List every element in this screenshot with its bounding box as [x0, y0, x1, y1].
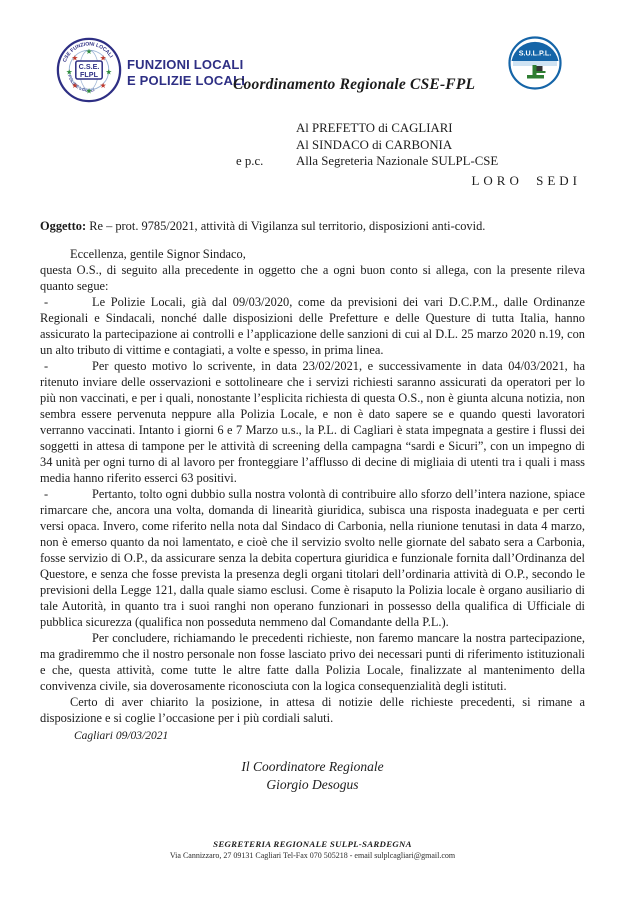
- footer-address: Via Cannizzaro, 27 09131 Cagliari Tel-Fa…: [0, 851, 625, 860]
- intro-paragraph: questa O.S., di seguito alla precedente …: [40, 262, 585, 294]
- svg-text:★: ★: [100, 81, 107, 90]
- svg-text:★: ★: [66, 68, 73, 77]
- bullet-paragraph-3: -Pertanto, tolto ogni dubbio sulla nostr…: [40, 486, 585, 630]
- cse-tagline: FUNZIONI LOCALI E POLIZIE LOCALI: [127, 57, 245, 89]
- letter-body: Al PREFETTO di CAGLIARI Al SINDACO di CA…: [40, 120, 585, 794]
- signature-role: Il Coordinatore Regionale: [40, 758, 585, 776]
- cc-row: e p.c. Alla Segreteria Nazionale SULPL-C…: [236, 153, 585, 170]
- signature-block: Il Coordinatore Regionale Giorgio Desogu…: [40, 758, 585, 794]
- cse-tagline-line1: FUNZIONI LOCALI: [127, 57, 245, 73]
- dash-marker: -: [44, 486, 48, 502]
- sulpl-logo-icon: S.U.L.P.L.: [507, 35, 563, 91]
- cc-recipient: Alla Segreteria Nazionale SULPL-CSE: [296, 153, 498, 170]
- cc-label: e p.c.: [236, 153, 296, 170]
- loro-sedi: LORO SEDI: [236, 173, 585, 190]
- svg-text:★: ★: [86, 47, 93, 56]
- bullet-paragraph-2-text: Per questo motivo lo scrivente, in data …: [40, 359, 585, 485]
- footer-org: SEGRETERIA REGIONALE SULPL-SARDEGNA: [0, 839, 625, 849]
- dash-marker: -: [44, 358, 48, 374]
- salutation: Eccellenza, gentile Signor Sindaco,: [40, 246, 585, 262]
- bullet-paragraph-2: -Per questo motivo lo scrivente, in data…: [40, 358, 585, 486]
- scanned-letter-page: CSE FUNZIONI LOCALI POLIZIE LOCALI ★ ★ ★…: [0, 0, 625, 900]
- closing-paragraph-1: Per concludere, richiamando le precedent…: [40, 630, 585, 694]
- svg-text:★: ★: [71, 81, 78, 90]
- cse-tagline-line2: E POLIZIE LOCALI: [127, 73, 245, 89]
- svg-text:★: ★: [86, 87, 93, 96]
- place-date: Cagliari 09/03/2021: [74, 728, 585, 744]
- document-title: Coordinamento Regionale CSE-FPL: [233, 76, 475, 94]
- recipient-block: Al PREFETTO di CAGLIARI Al SINDACO di CA…: [236, 120, 585, 189]
- bullet-paragraph-1-text: Le Polizie Locali, già dal 09/03/2020, c…: [40, 295, 585, 357]
- cse-flpl-logo-icon: CSE FUNZIONI LOCALI POLIZIE LOCALI ★ ★ ★…: [56, 34, 122, 106]
- subject-line: Oggetto: Re – prot. 9785/2021, attività …: [40, 218, 585, 234]
- subject-label: Oggetto:: [40, 219, 86, 233]
- recipient-sindaco: Al SINDACO di CARBONIA: [236, 137, 585, 154]
- letterhead-footer: SEGRETERIA REGIONALE SULPL-SARDEGNA Via …: [0, 839, 625, 860]
- bullet-paragraph-1: -Le Polizie Locali, già dal 09/03/2020, …: [40, 294, 585, 358]
- sulpl-label: S.U.L.P.L.: [519, 49, 552, 58]
- cse-acronym-top: C.S.E.: [79, 63, 100, 71]
- recipient-prefetto: Al PREFETTO di CAGLIARI: [236, 120, 585, 137]
- cse-acronym-bottom: FLPL: [80, 71, 99, 79]
- subject-text: Re – prot. 9785/2021, attività di Vigila…: [86, 219, 485, 233]
- svg-text:★: ★: [105, 68, 112, 77]
- signature-name: Giorgio Desogus: [40, 776, 585, 794]
- bullet-paragraph-3-text: Pertanto, tolto ogni dubbio sulla nostra…: [40, 487, 585, 629]
- closing-paragraph-2: Certo di aver chiarito la posizione, in …: [40, 694, 585, 726]
- dash-marker: -: [44, 294, 48, 310]
